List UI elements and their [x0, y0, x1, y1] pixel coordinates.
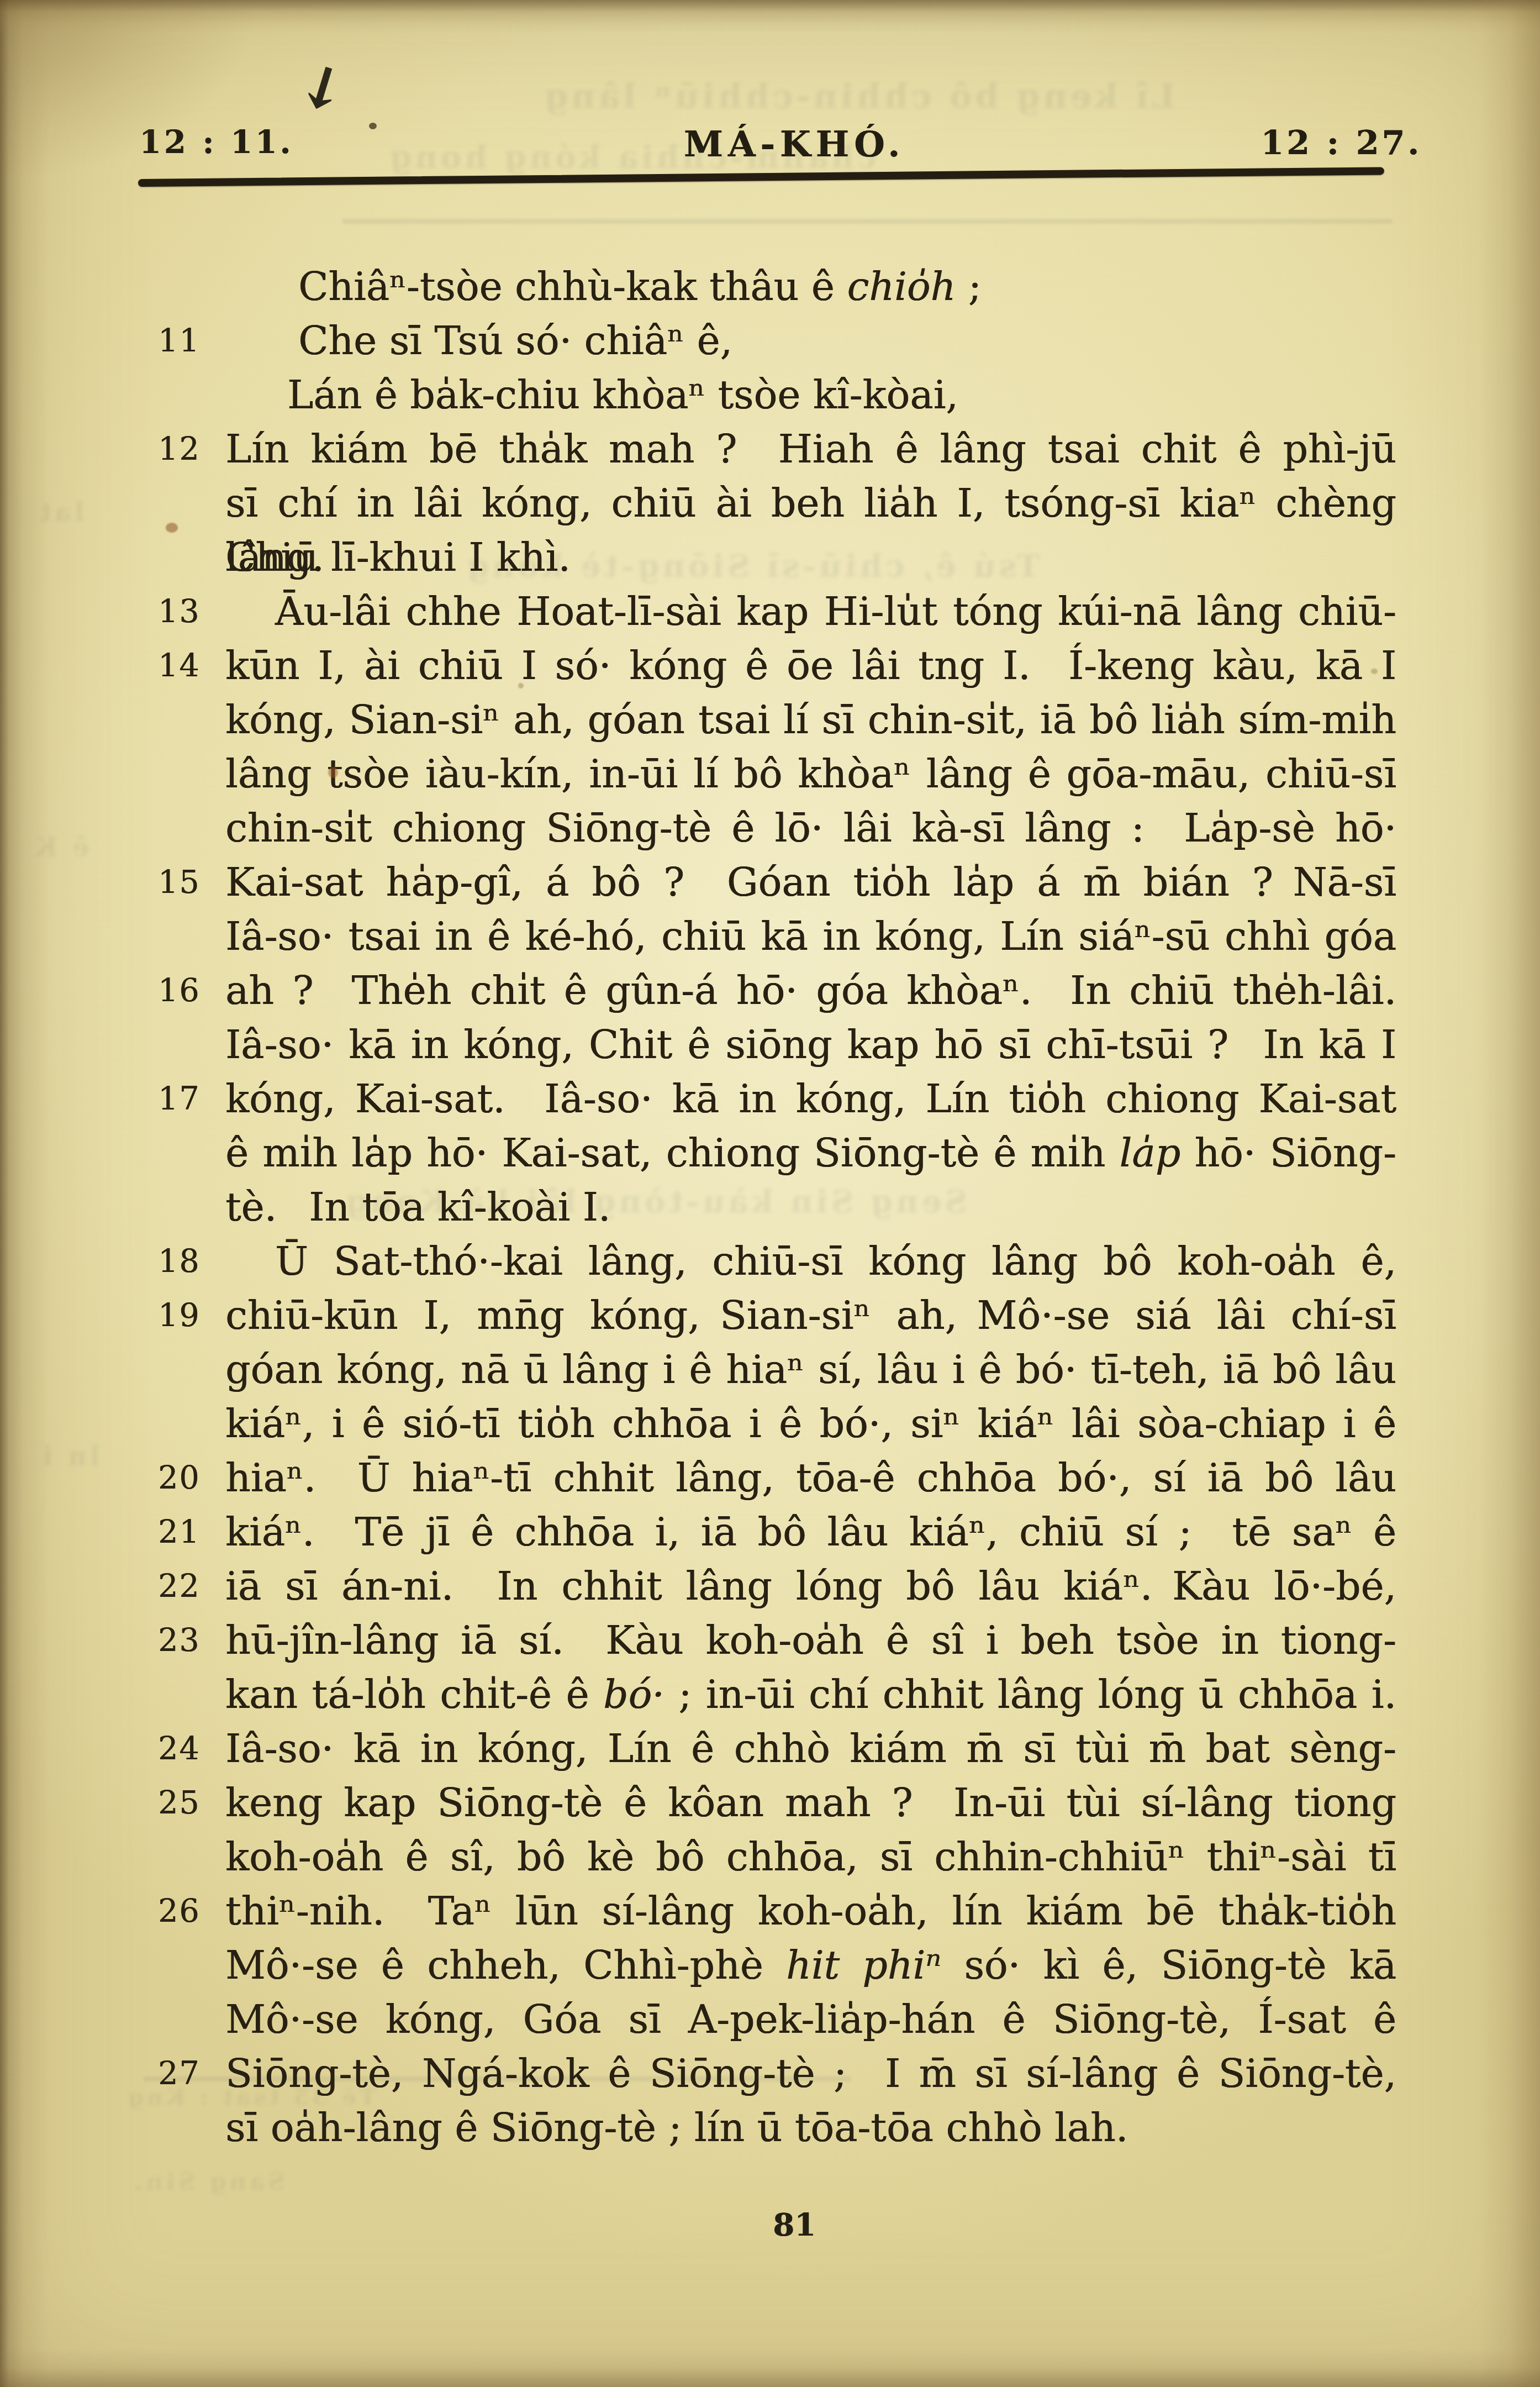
- verse-number: 13: [158, 587, 201, 637]
- verse-number: 11: [158, 316, 201, 366]
- verse-text: kóng, Kai-sat. Iâ-so· kā in kóng, Lín ti…: [225, 1076, 1396, 1122]
- page-edge-bottom: [0, 2348, 1540, 2387]
- verse-text: Iâ-so· tsai in ê ké-hó, chiū kā in kóng,…: [225, 913, 1396, 959]
- verse-text: góan kóng, nā ū lâng i ê hiaⁿ sí, lâu i …: [225, 1347, 1396, 1392]
- verse-text: Mô·-se kóng, Góa sī A-pek-lia̍p-hán ê Si…: [225, 1996, 1396, 2042]
- bleedthrough-line: Lî keng bô chhin-chhiūⁿ lâng: [541, 77, 1175, 116]
- verse-text: Mô·-se ê chheh, Chhì-phè: [225, 1942, 786, 1988]
- verse-line: sī chí in lâi kóng, chiū ài beh lia̍h I,…: [225, 476, 1396, 530]
- verse-number: 14: [158, 641, 201, 691]
- verse-line: Chiū lī-khui I khì.: [225, 530, 1396, 585]
- verse-text: Iâ-so· kā in kóng, Chit ê siōng kap hō s…: [225, 1022, 1396, 1068]
- verse-text: ê mi̍h la̍p hō· Kai-sat, chiong Siōng-tè…: [225, 1130, 1120, 1176]
- text-block: Chiâⁿ-tsòe chhù-kak thâu ê chio̍h ;11Che…: [225, 260, 1396, 2155]
- verse-line: Iâ-so· kā in kóng, Chit ê siōng kap hō s…: [225, 1018, 1396, 1072]
- verse-line: 25keng kap Siōng-tè ê kôan mah ? In-ūi t…: [225, 1776, 1396, 1830]
- verse-text: hiaⁿ. Ū hiaⁿ-tī chhit lâng, tōa-ê chhōa …: [225, 1455, 1396, 1501]
- verse-line: Mô·-se kóng, Góa sī A-pek-lia̍p-hán ê Si…: [225, 1992, 1396, 2047]
- verse-line: 12Lín kiám bē tha̍k mah ? Hiah ê lâng ts…: [225, 422, 1396, 476]
- verse-text-italic: chio̍h: [847, 264, 956, 309]
- verse-text: chin-si̍t chiong Siōng-tè ê lō· lâi kà-s…: [225, 805, 1396, 851]
- verse-text: ; in-ūi chí chhit lâng lóng ū chhōa i.: [664, 1671, 1396, 1717]
- verse-text: Iâ-so· kā in kóng, Lín ê chhò kiám m̄ sī…: [225, 1726, 1396, 1771]
- verse-text: Che sī Tsú só· chiâⁿ ê,: [298, 318, 732, 364]
- verse-line: tè. In tōa kî-koài I.: [225, 1180, 1396, 1234]
- verse-text: hō· Siōng-: [1180, 1130, 1396, 1176]
- verse-text: thiⁿ-nih. Taⁿ lūn sí-lâng koh-oa̍h, lín …: [225, 1888, 1396, 1934]
- verse-number: 12: [158, 424, 201, 474]
- verse-text: lâng tsòe iàu-kín, in-ūi lí bô khòaⁿ lân…: [225, 751, 1396, 797]
- verse-text-italic: bó·: [603, 1671, 664, 1717]
- verse-line: kan tá-lo̍h chi̍t-ê ê bó· ; in-ūi chí ch…: [225, 1668, 1396, 1722]
- verse-text: chiū-kūn I, mn̄g kóng, Sian-siⁿ ah, Mô·-…: [225, 1292, 1396, 1338]
- verse-line: kóng, Sian-siⁿ ah, góan tsai lí sī chin-…: [225, 693, 1396, 747]
- verse-line: sī oa̍h-lâng ê Siōng-tè ; lín ū tōa-tōa …: [225, 2101, 1396, 2155]
- verse-line: Mô·-se ê chheh, Chhì-phè hit phiⁿ só· kì…: [225, 1938, 1396, 1992]
- page-edge-right: [1479, 0, 1540, 2387]
- verse-line: 21kiáⁿ. Tē jī ê chhōa i, iā bô lâu kiáⁿ,…: [225, 1505, 1396, 1559]
- verse-number: 18: [158, 1237, 201, 1286]
- verse-text: Āu-lâi chhe Hoat-lī-sài kap Hi-lu̍t tóng…: [275, 588, 1396, 634]
- bleedthrough-line: Sang Sin.: [131, 2168, 285, 2195]
- bleedthrough-line: ê K: [32, 832, 89, 862]
- verse-number: 25: [158, 1778, 201, 1828]
- bleedthrough-rule: [342, 219, 1392, 224]
- bleedthrough-line: ln i: [40, 1441, 99, 1471]
- verse-number: 20: [158, 1453, 201, 1503]
- verse-number: 27: [158, 2049, 201, 2099]
- verse-number: 16: [158, 966, 201, 1016]
- verse-line: 15Kai-sat ha̍p-gî, á bô ? Góan tio̍h la̍…: [225, 855, 1396, 909]
- header-verse-range-end: 12 : 27.: [1261, 124, 1422, 162]
- verse-text-italic: hit phiⁿ: [786, 1942, 941, 1988]
- verse-text: Lín kiám bē tha̍k mah ? Hiah ê lâng tsai…: [225, 426, 1396, 472]
- verse-number: 26: [158, 1886, 201, 1936]
- verse-text: kiáⁿ, i ê sió-tī tio̍h chhōa i ê bó·, si…: [225, 1401, 1396, 1447]
- verse-text: Siōng-tè, Ngá-kok ê Siōng-tè ; I m̄ sī s…: [225, 2050, 1396, 2096]
- verse-line: góan kóng, nā ū lâng i ê hiaⁿ sí, lâu i …: [225, 1343, 1396, 1397]
- verse-text: Lán ê ba̍k-chiu khòaⁿ tsòe kî-kòai,: [287, 372, 958, 418]
- verse-text: Kai-sat ha̍p-gî, á bô ? Góan tio̍h la̍p …: [225, 859, 1396, 905]
- verse-line: kiáⁿ, i ê sió-tī tio̍h chhōa i ê bó·, si…: [225, 1397, 1396, 1451]
- verse-line: Iâ-so· tsai in ê ké-hó, chiū kā in kóng,…: [225, 909, 1396, 964]
- verse-line: 24Iâ-so· kā in kóng, Lín ê chhò kiám m̄ …: [225, 1722, 1396, 1776]
- page-number: 81: [225, 2207, 1363, 2243]
- verse-line: lâng tsòe iàu-kín, in-ūi lí bô khòaⁿ lân…: [225, 747, 1396, 801]
- verse-line: Chiâⁿ-tsòe chhù-kak thâu ê chio̍h ;: [225, 260, 1396, 314]
- verse-text: sī oa̍h-lâng ê Siōng-tè ; lín ū tōa-tōa …: [225, 2105, 1128, 2151]
- verse-text: Chiū lī-khui I khì.: [225, 534, 571, 580]
- verse-line: chin-si̍t chiong Siōng-tè ê lō· lâi kà-s…: [225, 801, 1396, 855]
- verse-text-italic: la̍p: [1120, 1130, 1181, 1176]
- binding-gutter-shadow: [0, 0, 50, 2387]
- verse-line: 14kūn I, ài chiū I só· kóng ê ōe lâi tng…: [225, 639, 1396, 693]
- verse-text: kóng, Sian-siⁿ ah, góan tsai lí sī chin-…: [225, 697, 1396, 743]
- verse-line: 26thiⁿ-nih. Taⁿ lūn sí-lâng koh-oa̍h, lí…: [225, 1884, 1396, 1938]
- verse-text: tè. In tōa kî-koài I.: [225, 1184, 610, 1230]
- verse-number: 15: [158, 858, 201, 907]
- verse-line: 17kóng, Kai-sat. Iâ-so· kā in kóng, Lín …: [225, 1072, 1396, 1126]
- verse-number: 19: [158, 1291, 201, 1340]
- verse-text: keng kap Siōng-tè ê kôan mah ? In-ūi tùi…: [225, 1780, 1396, 1826]
- verse-text: koh-oa̍h ê sî, bô kè bô chhōa, sī chhin-…: [225, 1834, 1396, 1880]
- verse-number: 23: [158, 1616, 201, 1665]
- verse-text: Ū Sat-thó·-kai lâng, chiū-sī kóng lâng b…: [275, 1238, 1396, 1284]
- scanned-book-page: Lî keng bô chhin-chhiūⁿ lângchahm-chhia …: [0, 0, 1540, 2387]
- verse-line: 23hū-jîn-lâng iā sí. Kàu koh-oa̍h ê sî i…: [225, 1613, 1396, 1668]
- verse-line: 22iā sī án-ni. In chhit lâng lóng bô lâu…: [225, 1559, 1396, 1613]
- verse-line: 13Āu-lâi chhe Hoat-lī-sài kap Hi-lu̍t tó…: [225, 585, 1396, 639]
- paper-stain: [166, 523, 178, 533]
- verse-line: 11Che sī Tsú só· chiâⁿ ê,: [225, 314, 1396, 368]
- verse-number: 17: [158, 1074, 201, 1124]
- verse-text: kūn I, ài chiū I só· kóng ê ōe lâi tng I…: [225, 643, 1396, 688]
- header-rule: [138, 167, 1384, 187]
- verse-line: Lán ê ba̍k-chiu khòaⁿ tsòe kî-kòai,: [225, 368, 1396, 422]
- verse-number: 22: [158, 1561, 201, 1611]
- verse-number: 21: [158, 1507, 201, 1557]
- verse-text: hū-jîn-lâng iā sí. Kàu koh-oa̍h ê sî i b…: [225, 1617, 1396, 1663]
- verse-line: 16ah ? The̍h chi̍t ê gûn-á hō· góa khòaⁿ…: [225, 964, 1396, 1018]
- verse-text: ;: [956, 264, 982, 309]
- verse-number: 24: [158, 1724, 201, 1774]
- verse-text: ah ? The̍h chi̍t ê gûn-á hō· góa khòaⁿ. …: [225, 968, 1396, 1013]
- verse-line: 18Ū Sat-thó·-kai lâng, chiū-sī kóng lâng…: [225, 1234, 1396, 1289]
- verse-line: 19chiū-kūn I, mn̄g kóng, Sian-siⁿ ah, Mô…: [225, 1289, 1396, 1343]
- verse-text: kan tá-lo̍h chi̍t-ê ê: [225, 1671, 603, 1717]
- verse-line: 20hiaⁿ. Ū hiaⁿ-tī chhit lâng, tōa-ê chhō…: [225, 1451, 1396, 1505]
- verse-text: só· kì ê, Siōng-tè kā: [941, 1942, 1396, 1988]
- page-edge-top: [0, 0, 1540, 33]
- bleedthrough-line: lat: [36, 497, 85, 527]
- verse-line: 27Siōng-tè, Ngá-kok ê Siōng-tè ; I m̄ sī…: [225, 2047, 1396, 2101]
- header-book-title: MÁ-KHÓ.: [225, 124, 1363, 165]
- verse-line: koh-oa̍h ê sî, bô kè bô chhōa, sī chhin-…: [225, 1830, 1396, 1884]
- pen-annotation-arrow-icon: ↓: [289, 49, 355, 128]
- verse-text: kiáⁿ. Tē jī ê chhōa i, iā bô lâu kiáⁿ, c…: [225, 1509, 1396, 1555]
- verse-text: iā sī án-ni. In chhit lâng lóng bô lâu k…: [225, 1563, 1396, 1609]
- verse-text: Chiâⁿ-tsòe chhù-kak thâu ê: [298, 264, 847, 309]
- verse-line: ê mi̍h la̍p hō· Kai-sat, chiong Siōng-tè…: [225, 1126, 1396, 1180]
